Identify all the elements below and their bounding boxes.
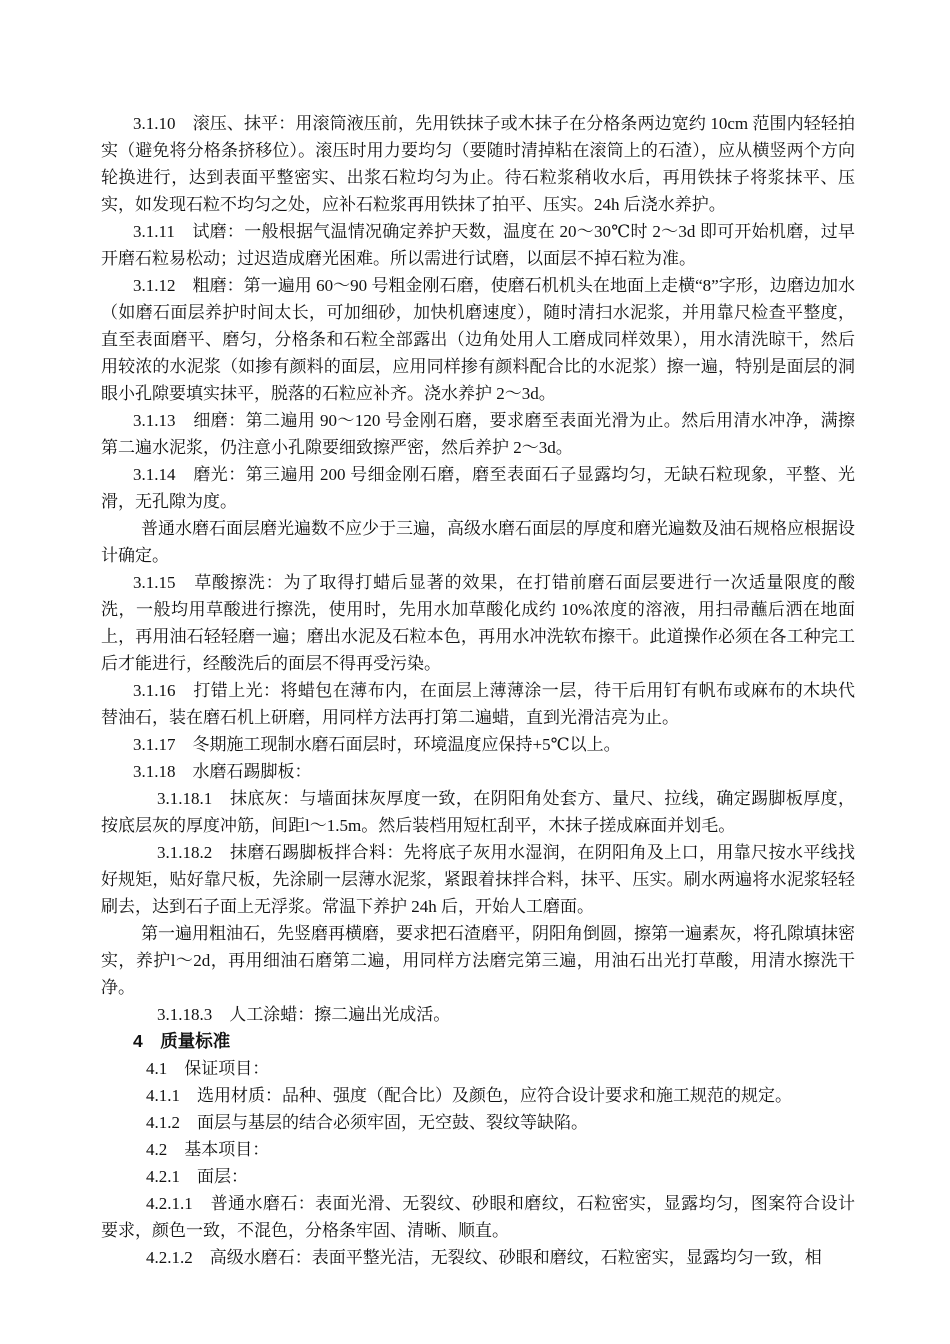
- paragraph-3-1-18-1: 3.1.18.1 抹底灰：与墙面抹灰厚度一致，在阴阳角处套方、量尺、拉线，确定踢…: [101, 785, 855, 839]
- paragraph-4-2-1-2: 4.2.1.2 高级水磨石：表面平整光洁，无裂纹、砂眼和磨纹，石粒密实，显露均匀…: [101, 1244, 855, 1271]
- paragraph-grinding-pass: 第一遍用粗油石，先竖磨再横磨，要求把石渣磨平，阴阳角倒圆，擦第一遍素灰，将孔隙填…: [101, 920, 855, 1001]
- paragraph-3-1-16: 3.1.16 打错上光：将蜡包在薄布内，在面层上薄薄涂一层，待干后用钉有帆布或麻…: [101, 677, 855, 731]
- paragraph-3-1-15: 3.1.15 草酸擦洗：为了取得打蜡后显著的效果，在打错前磨石面层要进行一次适量…: [101, 569, 855, 677]
- paragraph-3-1-10: 3.1.10 滚压、抹平：用滚筒液压前，先用铁抹子或木抹子在分格条两边宽约 10…: [101, 110, 855, 218]
- paragraph-3-1-12: 3.1.12 粗磨：第一遍用 60～90 号粗金刚石磨，使磨石机机头在地面上走横…: [101, 272, 855, 407]
- paragraph-4-2-1-1: 4.2.1.1 普通水磨石：表面光滑、无裂纹、砂眼和磨纹，石粒密实，显露均匀，图…: [101, 1190, 855, 1244]
- paragraph-3-1-11: 3.1.11 试磨：一般根据气温情况确定养护天数，温度在 20～30℃时 2～3…: [101, 218, 855, 272]
- paragraph-polish-note: 普通水磨石面层磨光遍数不应少于三遍，高级水磨石面层的厚度和磨光遍数及油石规格应根…: [101, 515, 855, 569]
- paragraph-3-1-18-3: 3.1.18.3 人工涂蜡：擦二遍出光成活。: [101, 1001, 855, 1028]
- paragraph-4-1: 4.1 保证项目：: [101, 1055, 855, 1082]
- paragraph-3-1-13: 3.1.13 细磨：第二遍用 90～120 号金刚石磨，要求磨至表面光滑为止。然…: [101, 407, 855, 461]
- paragraph-3-1-17: 3.1.17 冬期施工现制水磨石面层时，环境温度应保持+5℃以上。: [101, 731, 855, 758]
- document-page: 3.1.10 滚压、抹平：用滚筒液压前，先用铁抹子或木抹子在分格条两边宽约 10…: [0, 0, 950, 1344]
- paragraph-4-1-2: 4.1.2 面层与基层的结合必须牢固，无空鼓、裂纹等缺陷。: [101, 1109, 855, 1136]
- paragraph-4-2: 4.2 基本项目：: [101, 1136, 855, 1163]
- paragraph-3-1-18: 3.1.18 水磨石踢脚板：: [101, 758, 855, 785]
- paragraph-3-1-14: 3.1.14 磨光：第三遍用 200 号细金刚石磨，磨至表面石子显露均匀，无缺石…: [101, 461, 855, 515]
- paragraph-4-2-1: 4.2.1 面层：: [101, 1163, 855, 1190]
- document-body: 3.1.10 滚压、抹平：用滚筒液压前，先用铁抹子或木抹子在分格条两边宽约 10…: [101, 110, 855, 1271]
- paragraph-4-1-1: 4.1.1 选用材质：品种、强度（配合比）及颜色，应符合设计要求和施工规范的规定…: [101, 1082, 855, 1109]
- section-heading-4: 4 质量标准: [101, 1028, 855, 1055]
- paragraph-3-1-18-2: 3.1.18.2 抹磨石踢脚板拌合料：先将底子灰用水湿润，在阴阳角及上口，用靠尺…: [101, 839, 855, 920]
